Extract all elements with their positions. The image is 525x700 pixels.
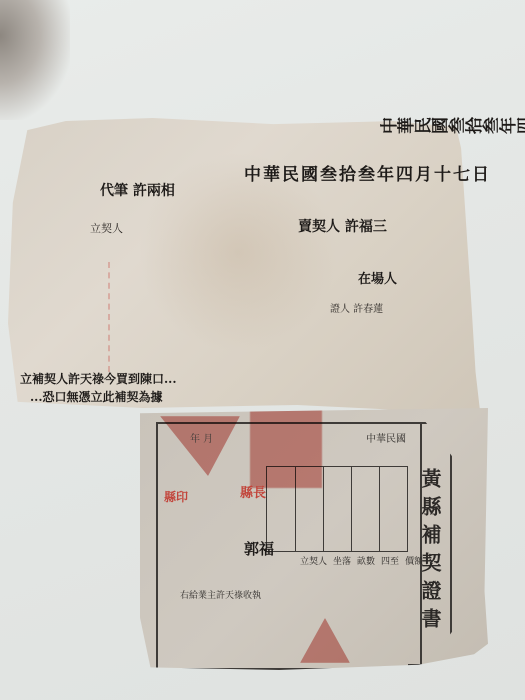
vertical-notes: 右給業主許天祿收執 (180, 588, 261, 601)
table-header: 坐落 (333, 554, 351, 567)
witness-header: 在場人 (358, 268, 397, 287)
header-field: 中華民國 (366, 430, 406, 445)
table-headers: 立契人 坐落 畝數 四至 價額 (300, 554, 423, 567)
date-line-text: 中華民國叁拾叁年四月十七日 (244, 160, 491, 185)
body-line-2: ...恐口無憑立此補契為據 (30, 388, 163, 405)
table-header: 立契人 (300, 554, 327, 567)
stamp-text: 縣印 (164, 488, 188, 505)
sign-contract: 立契人 (90, 220, 123, 236)
table-header: 畝數 (357, 554, 375, 567)
table-header: 四至 (381, 554, 399, 567)
witness-2: 代筆 許兩相 (100, 180, 175, 200)
seller-line: 賣契人 許福三 (298, 216, 387, 236)
witness-1: 證人 許春蓮 (330, 300, 383, 315)
red-seal-top (250, 408, 322, 488)
shadow-corner (0, 0, 70, 120)
county-label: 縣長 (240, 482, 266, 501)
date-label: 年 月 (190, 430, 213, 445)
lower-deed-paper: 黃縣補契證書 中華民國 縣長 年 月 縣印 郭福 右給業主許天祿收執 立契人 坐… (140, 408, 488, 670)
date-line: 中華民國叁拾叁年四月十七日 (380, 120, 525, 140)
table-header: 價額 (405, 554, 423, 567)
upper-deed-paper (8, 112, 490, 414)
certificate-title: 黃縣補契證書 (416, 468, 445, 636)
faint-seal-mark (108, 262, 132, 372)
signature: 郭福 (244, 538, 274, 559)
body-line-1: 立補契人許天祿今買到陳口... (20, 370, 177, 387)
